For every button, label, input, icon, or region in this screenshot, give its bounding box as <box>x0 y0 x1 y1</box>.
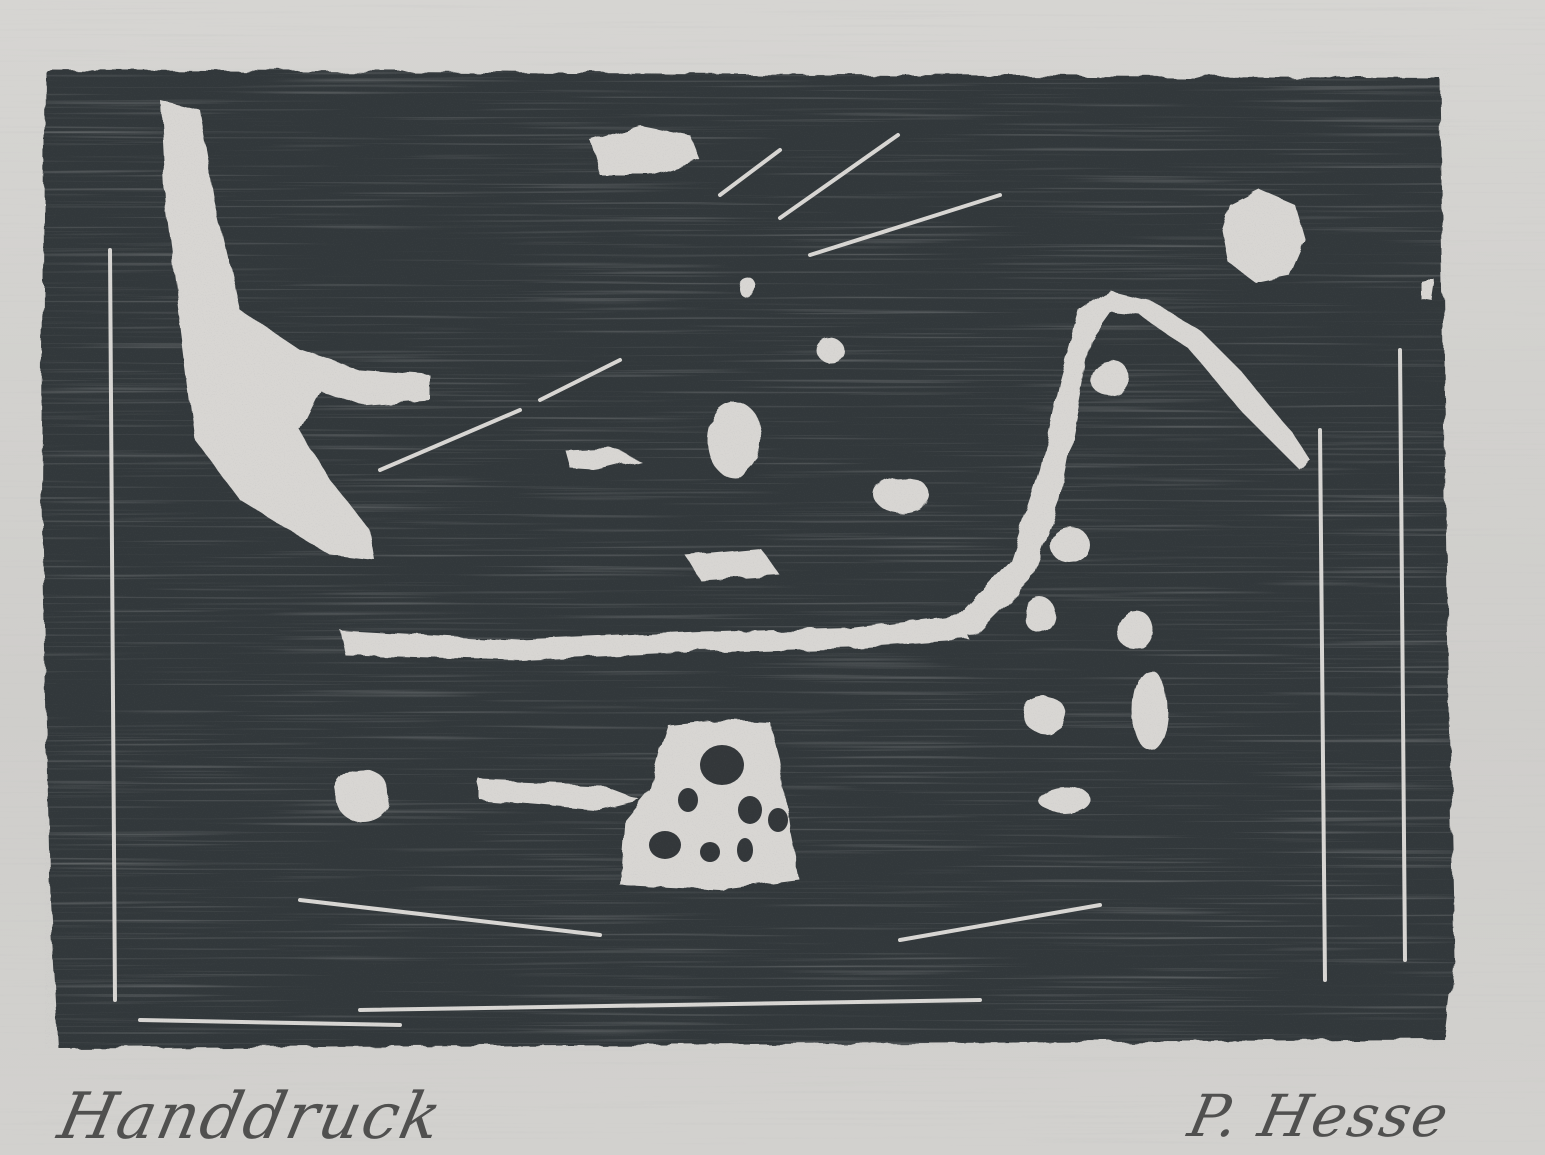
paper-sheet: Handdruck P. Hesse <box>0 0 1545 1155</box>
print-artwork <box>0 0 1545 1155</box>
ink-grain <box>45 70 1450 1048</box>
artist-signature: P. Hesse <box>1183 1082 1456 1150</box>
medium-inscription: Handdruck <box>52 1080 449 1154</box>
